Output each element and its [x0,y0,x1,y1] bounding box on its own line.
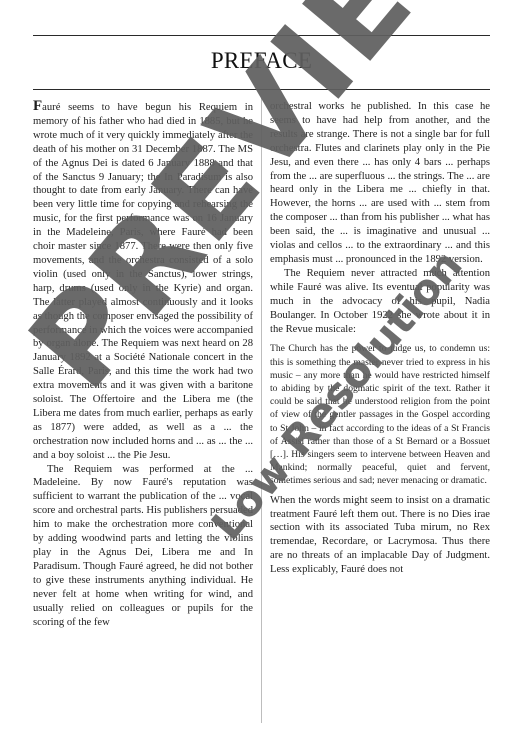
right-paragraph-1: orchestral works he published. In this c… [270,100,490,267]
column-divider [261,98,262,723]
right-column: orchestral works he published. In this c… [270,100,490,577]
top-rule [33,35,490,36]
right-paragraph-2: The Requiem never attracted much attenti… [270,267,490,337]
page-title: PREFACE [33,48,490,74]
block-quote: The Church has the power to judge us, to… [270,342,490,487]
right-paragraph-3: When the words might seem to insist on a… [270,494,490,577]
drop-cap: F [33,98,42,114]
left-paragraph-1: Fauré seems to have begun his Requiem in… [33,100,253,463]
left-paragraph-2: The Requiem was performed at the ... Mad… [33,463,253,630]
left-column: Fauré seems to have begun his Requiem in… [33,100,253,629]
left-paragraph-1-text: auré seems to have begun his Requiem in … [33,102,253,461]
title-bottom-rule [33,89,490,90]
document-page: PREFACE Fauré seems to have begun his Re… [0,0,530,750]
